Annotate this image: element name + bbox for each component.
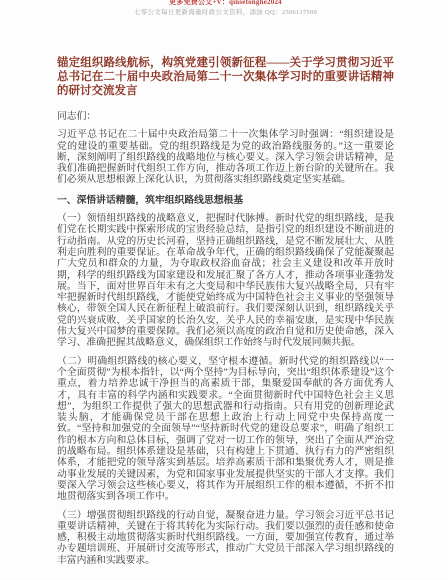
document-title: 锚定组织路线航标，构筑党建引领新征程——关于学习贯彻习近平总书记在二十届中央政治… <box>57 56 394 98</box>
paragraph-item-2: （二）明确组织路线的核心要义，坚守根本遵循。新时代党的组织路线以“一个全面贯彻”… <box>57 356 394 503</box>
salutation: 同志们： <box>57 111 394 122</box>
promo-header-red: 更多免费公文+V：qinsetonghe2024 <box>57 0 394 7</box>
paragraph-item-3: （三）增强贯彻组织路线的行动自觉，凝聚奋进力量。学习领会习近平总书记重要讲话精神… <box>57 510 394 566</box>
section-heading-1: 一、深悟讲话精髓，筑牢组织路线思想根基 <box>57 195 394 206</box>
paragraph-item-1: （一）领悟组织路线的战略意义，把握时代脉搏。新时代党的组织路线，是我们党在长期实… <box>57 213 394 349</box>
paragraph-intro: 习近平总书记在二十届中央政治局第二十一次集体学习时强调：“组织建设是党的建设的重… <box>57 129 394 185</box>
promo-header-gray: 七零公文每日更新海量时政公文资料，添加 QQ：2506117509 <box>57 9 394 17</box>
document-page: 更多免费公文+V：qinsetonghe2024 七零公文每日更新海量时政公文资… <box>0 0 448 578</box>
